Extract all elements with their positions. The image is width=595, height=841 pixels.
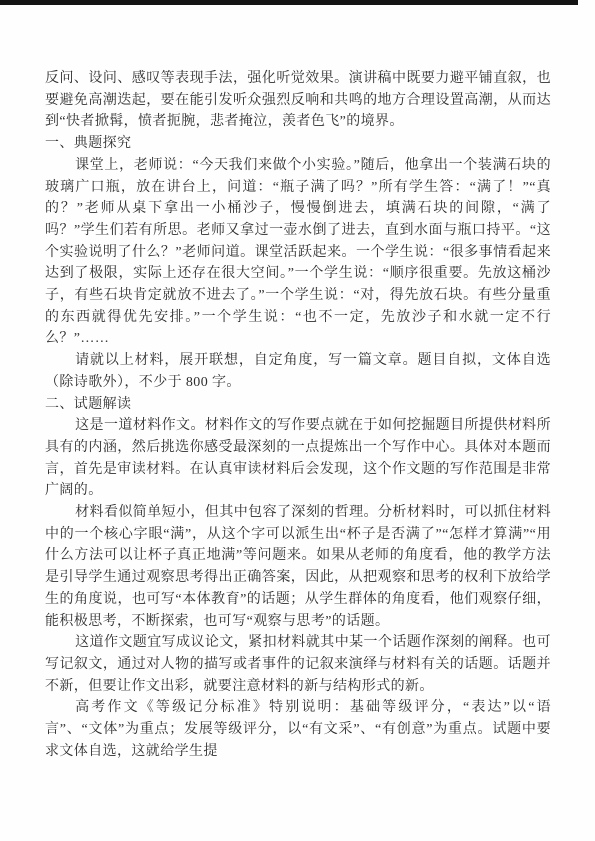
scan-edge-artifact-bar xyxy=(0,0,578,5)
paragraph-analysis-intro: 这是一道材料作文。材料作文的写作要点就在于如何挖掘题目所提供材料所具有的内涵，然… xyxy=(45,415,551,502)
section-heading-1: 一、典题探究 xyxy=(45,133,551,155)
paragraph-exam-material: 课堂上，老师说：“今天我们来做个小实验。”随后，他拿出一个装满石块的玻璃广口瓶，… xyxy=(45,155,551,350)
document-body: 反问、设问、感叹等表现手法，强化听觉效果。演讲稿中既要力避平铺直叙，也要避免高潮… xyxy=(45,68,551,763)
paragraph-writing-requirement: 请就以上材料，展开联想，自定角度，写一篇文章。题目自拟，文体自选（除诗歌外），不… xyxy=(45,350,551,393)
paragraph-analysis-core: 材料看似简单短小，但其中包容了深刻的哲理。分析材料时，可以抓住材料中的一个核心字… xyxy=(45,502,551,632)
section-heading-2: 二、试题解读 xyxy=(45,394,551,416)
page: 反问、设问、感叹等表现手法，强化听觉效果。演讲稿中既要力避平铺直叙，也要避免高潮… xyxy=(0,0,595,841)
paragraph-continued-from-previous-page: 反问、设问、感叹等表现手法，强化听觉效果。演讲稿中既要力避平铺直叙，也要避免高潮… xyxy=(45,68,551,133)
paragraph-grading-standard: 高考作文《等级记分标准》特别说明：基础等级评分，“表达”以“语言”、“文体”为重… xyxy=(45,697,551,762)
paragraph-genre-advice: 这道作文题宜写成议论文，紧扣材料就其中某一个话题作深刻的阐释。也可写记叙文，通过… xyxy=(45,632,551,697)
